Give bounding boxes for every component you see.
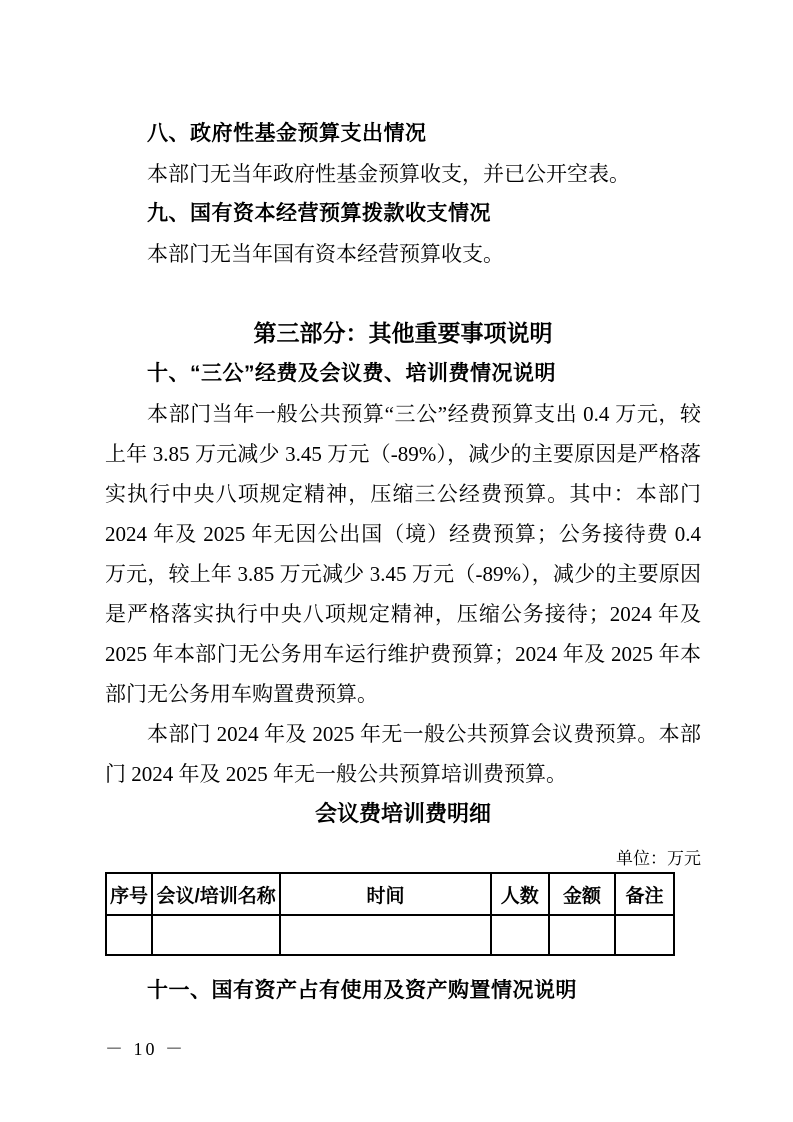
col-header-note: 备注 [615,873,674,915]
section-10-paragraph-2: 本部门 2024 年及 2025 年无一般公共预算会议费预算。本部门 2024 … [105,714,701,794]
col-header-time: 时间 [280,873,490,915]
cell-count [491,915,550,955]
table-header-row: 序号 会议/培训名称 时间 人数 金额 备注 [106,873,674,915]
section-10-paragraph-1: 本部门当年一般公共预算“三公”经费预算支出 0.4 万元，较上年 3.85 万元… [105,394,701,714]
section-9-paragraph: 本部门无当年国有资本经营预算收支。 [105,234,701,274]
document-page: 八、政府性基金预算支出情况 本部门无当年政府性基金预算收支，并已公开空表。 九、… [0,0,793,1122]
cell-amount [549,915,615,955]
cell-note [615,915,674,955]
meeting-table-title: 会议费培训费明细 [105,794,701,834]
col-header-amount: 金额 [549,873,615,915]
table-row [106,915,674,955]
page-content: 八、政府性基金预算支出情况 本部门无当年政府性基金预算收支，并已公开空表。 九、… [105,114,701,1011]
meeting-training-table: 序号 会议/培训名称 时间 人数 金额 备注 [105,872,675,956]
section-11-heading: 十一、国有资产占有使用及资产购置情况说明 [105,971,701,1011]
cell-time [280,915,490,955]
section-8-heading: 八、政府性基金预算支出情况 [105,114,701,154]
cell-seq [106,915,152,955]
unit-note: 单位：万元 [105,848,701,870]
cell-name [152,915,280,955]
col-header-count: 人数 [491,873,550,915]
col-header-name: 会议/培训名称 [152,873,280,915]
section-8-paragraph: 本部门无当年政府性基金预算收支，并已公开空表。 [105,154,701,194]
page-number: － 10 － [105,1036,186,1062]
section-10-heading: 十、“三公”经费及会议费、培训费情况说明 [105,354,701,394]
part3-title: 第三部分：其他重要事项说明 [105,314,701,354]
col-header-seq: 序号 [106,873,152,915]
section-9-heading: 九、国有资本经营预算拨款收支情况 [105,194,701,234]
